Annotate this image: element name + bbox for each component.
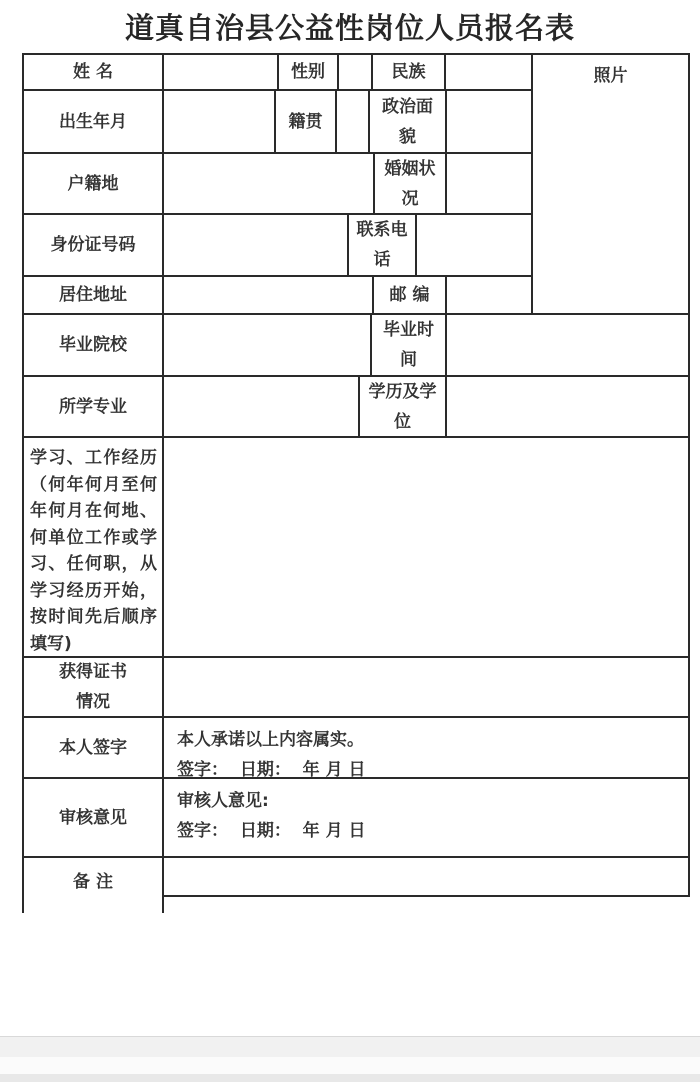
photo-label: 照片 — [594, 61, 628, 91]
graduation-school-value-cell — [162, 313, 370, 375]
experience-value-cell — [162, 436, 688, 656]
ethnicity-value-cell — [444, 53, 531, 89]
table-divider-extension — [162, 895, 164, 913]
table-bottom-border — [162, 895, 690, 897]
political-status-value-cell — [445, 89, 531, 152]
marital-status-value-cell — [445, 152, 531, 213]
form-document-page: 道真自治县公益性岗位人员报名表 姓 名 性别 民族 照片 出生年月 籍贯 政治面… — [0, 0, 700, 1082]
signature-label: 本人签字 — [22, 716, 162, 777]
phone-value-cell — [415, 213, 531, 275]
graduation-school-label: 毕业院校 — [22, 313, 162, 375]
footer-band-light — [0, 1057, 700, 1074]
gender-value-cell — [337, 53, 371, 89]
name-value-cell — [162, 53, 277, 89]
residential-address-value-cell — [162, 275, 372, 313]
education-degree-label: 学历及学位 — [358, 375, 445, 436]
id-number-value-cell — [162, 213, 347, 275]
postal-code-label: 邮 编 — [372, 275, 445, 313]
postal-code-value-cell — [445, 275, 531, 313]
ethnicity-label: 民族 — [371, 53, 444, 89]
residential-address-label: 居住地址 — [22, 275, 162, 313]
reviewer-opinion-text: 审核人意见: — [177, 786, 680, 816]
gender-label: 性别 — [277, 53, 337, 89]
graduation-time-value-cell — [445, 313, 688, 375]
table-right-border — [688, 53, 690, 897]
major-label: 所学专业 — [22, 375, 162, 436]
name-label: 姓 名 — [22, 53, 162, 89]
birth-date-value-cell — [162, 89, 274, 152]
education-degree-value-cell — [445, 375, 688, 436]
phone-label: 联系电话 — [347, 213, 415, 275]
remarks-value-cell — [162, 856, 688, 895]
id-number-label: 身份证号码 — [22, 213, 162, 275]
commitment-text: 本人承诺以上内容属实。 — [177, 725, 680, 755]
footer-band-dark — [0, 1074, 700, 1082]
birth-date-label: 出生年月 — [22, 89, 162, 152]
household-registration-label: 户籍地 — [22, 152, 162, 213]
political-status-label: 政治面貌 — [368, 89, 445, 152]
page-title: 道真自治县公益性岗位人员报名表 — [0, 10, 700, 46]
photo-cell: 照片 — [531, 53, 688, 313]
household-registration-value-cell — [162, 152, 373, 213]
remarks-label: 备 注 — [22, 856, 162, 913]
graduation-time-label: 毕业时间 — [370, 313, 445, 375]
native-place-value-cell — [335, 89, 368, 152]
review-content-cell: 审核人意见: 签字： 日期： 年 月 日 — [162, 777, 688, 856]
major-value-cell — [162, 375, 358, 436]
certificates-value-cell — [162, 656, 688, 716]
marital-status-label: 婚姻状况 — [373, 152, 445, 213]
review-signature-date-line: 签字： 日期： 年 月 日 — [177, 816, 680, 846]
footer-band-gray — [0, 1037, 700, 1057]
review-label: 审核意见 — [22, 777, 162, 856]
signature-content-cell: 本人承诺以上内容属实。 签字： 日期： 年 月 日 — [162, 716, 688, 777]
native-place-label: 籍贯 — [274, 89, 335, 152]
certificates-label: 获得证书情况 — [22, 656, 162, 716]
experience-label: 学习、工作经历（何年何月至何年何月在何地、何单位工作或学习、任何职，从学习经历开… — [22, 436, 162, 656]
